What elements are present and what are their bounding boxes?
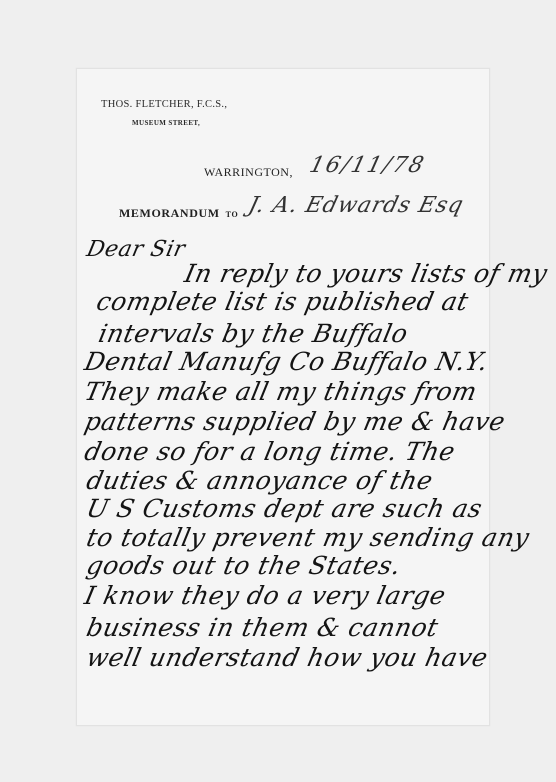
body-line: goods out to the States. xyxy=(84,551,404,580)
body-line: Dental Manufg Co Buffalo N.Y. xyxy=(82,347,491,376)
body-line: In reply to yours lists of my xyxy=(182,259,550,288)
body-line: business in them & cannot xyxy=(84,613,441,642)
body-line: to totally prevent my sending any xyxy=(84,523,532,552)
letter-page: THOS. FLETCHER, F.C.S., MUSEUM STREET, W… xyxy=(76,68,490,726)
body-line: I know they do a very large xyxy=(82,581,449,610)
letter-body: Dear Sir In reply to yours lists of my c… xyxy=(77,69,489,725)
body-line: patterns supplied by me & have xyxy=(82,407,508,436)
body-line: intervals by the Buffalo xyxy=(96,319,411,348)
body-line: complete list is published at xyxy=(94,287,471,316)
body-line: done so for a long time. The xyxy=(82,437,458,466)
body-line: duties & annoyance of the xyxy=(84,466,436,495)
body-line: well understand how you have xyxy=(84,643,491,672)
body-line: U S Customs dept are such as xyxy=(84,494,485,523)
salutation-line: Dear Sir xyxy=(84,237,187,262)
document-viewer: THOS. FLETCHER, F.C.S., MUSEUM STREET, W… xyxy=(0,0,556,782)
body-line: They make all my things from xyxy=(82,377,480,406)
